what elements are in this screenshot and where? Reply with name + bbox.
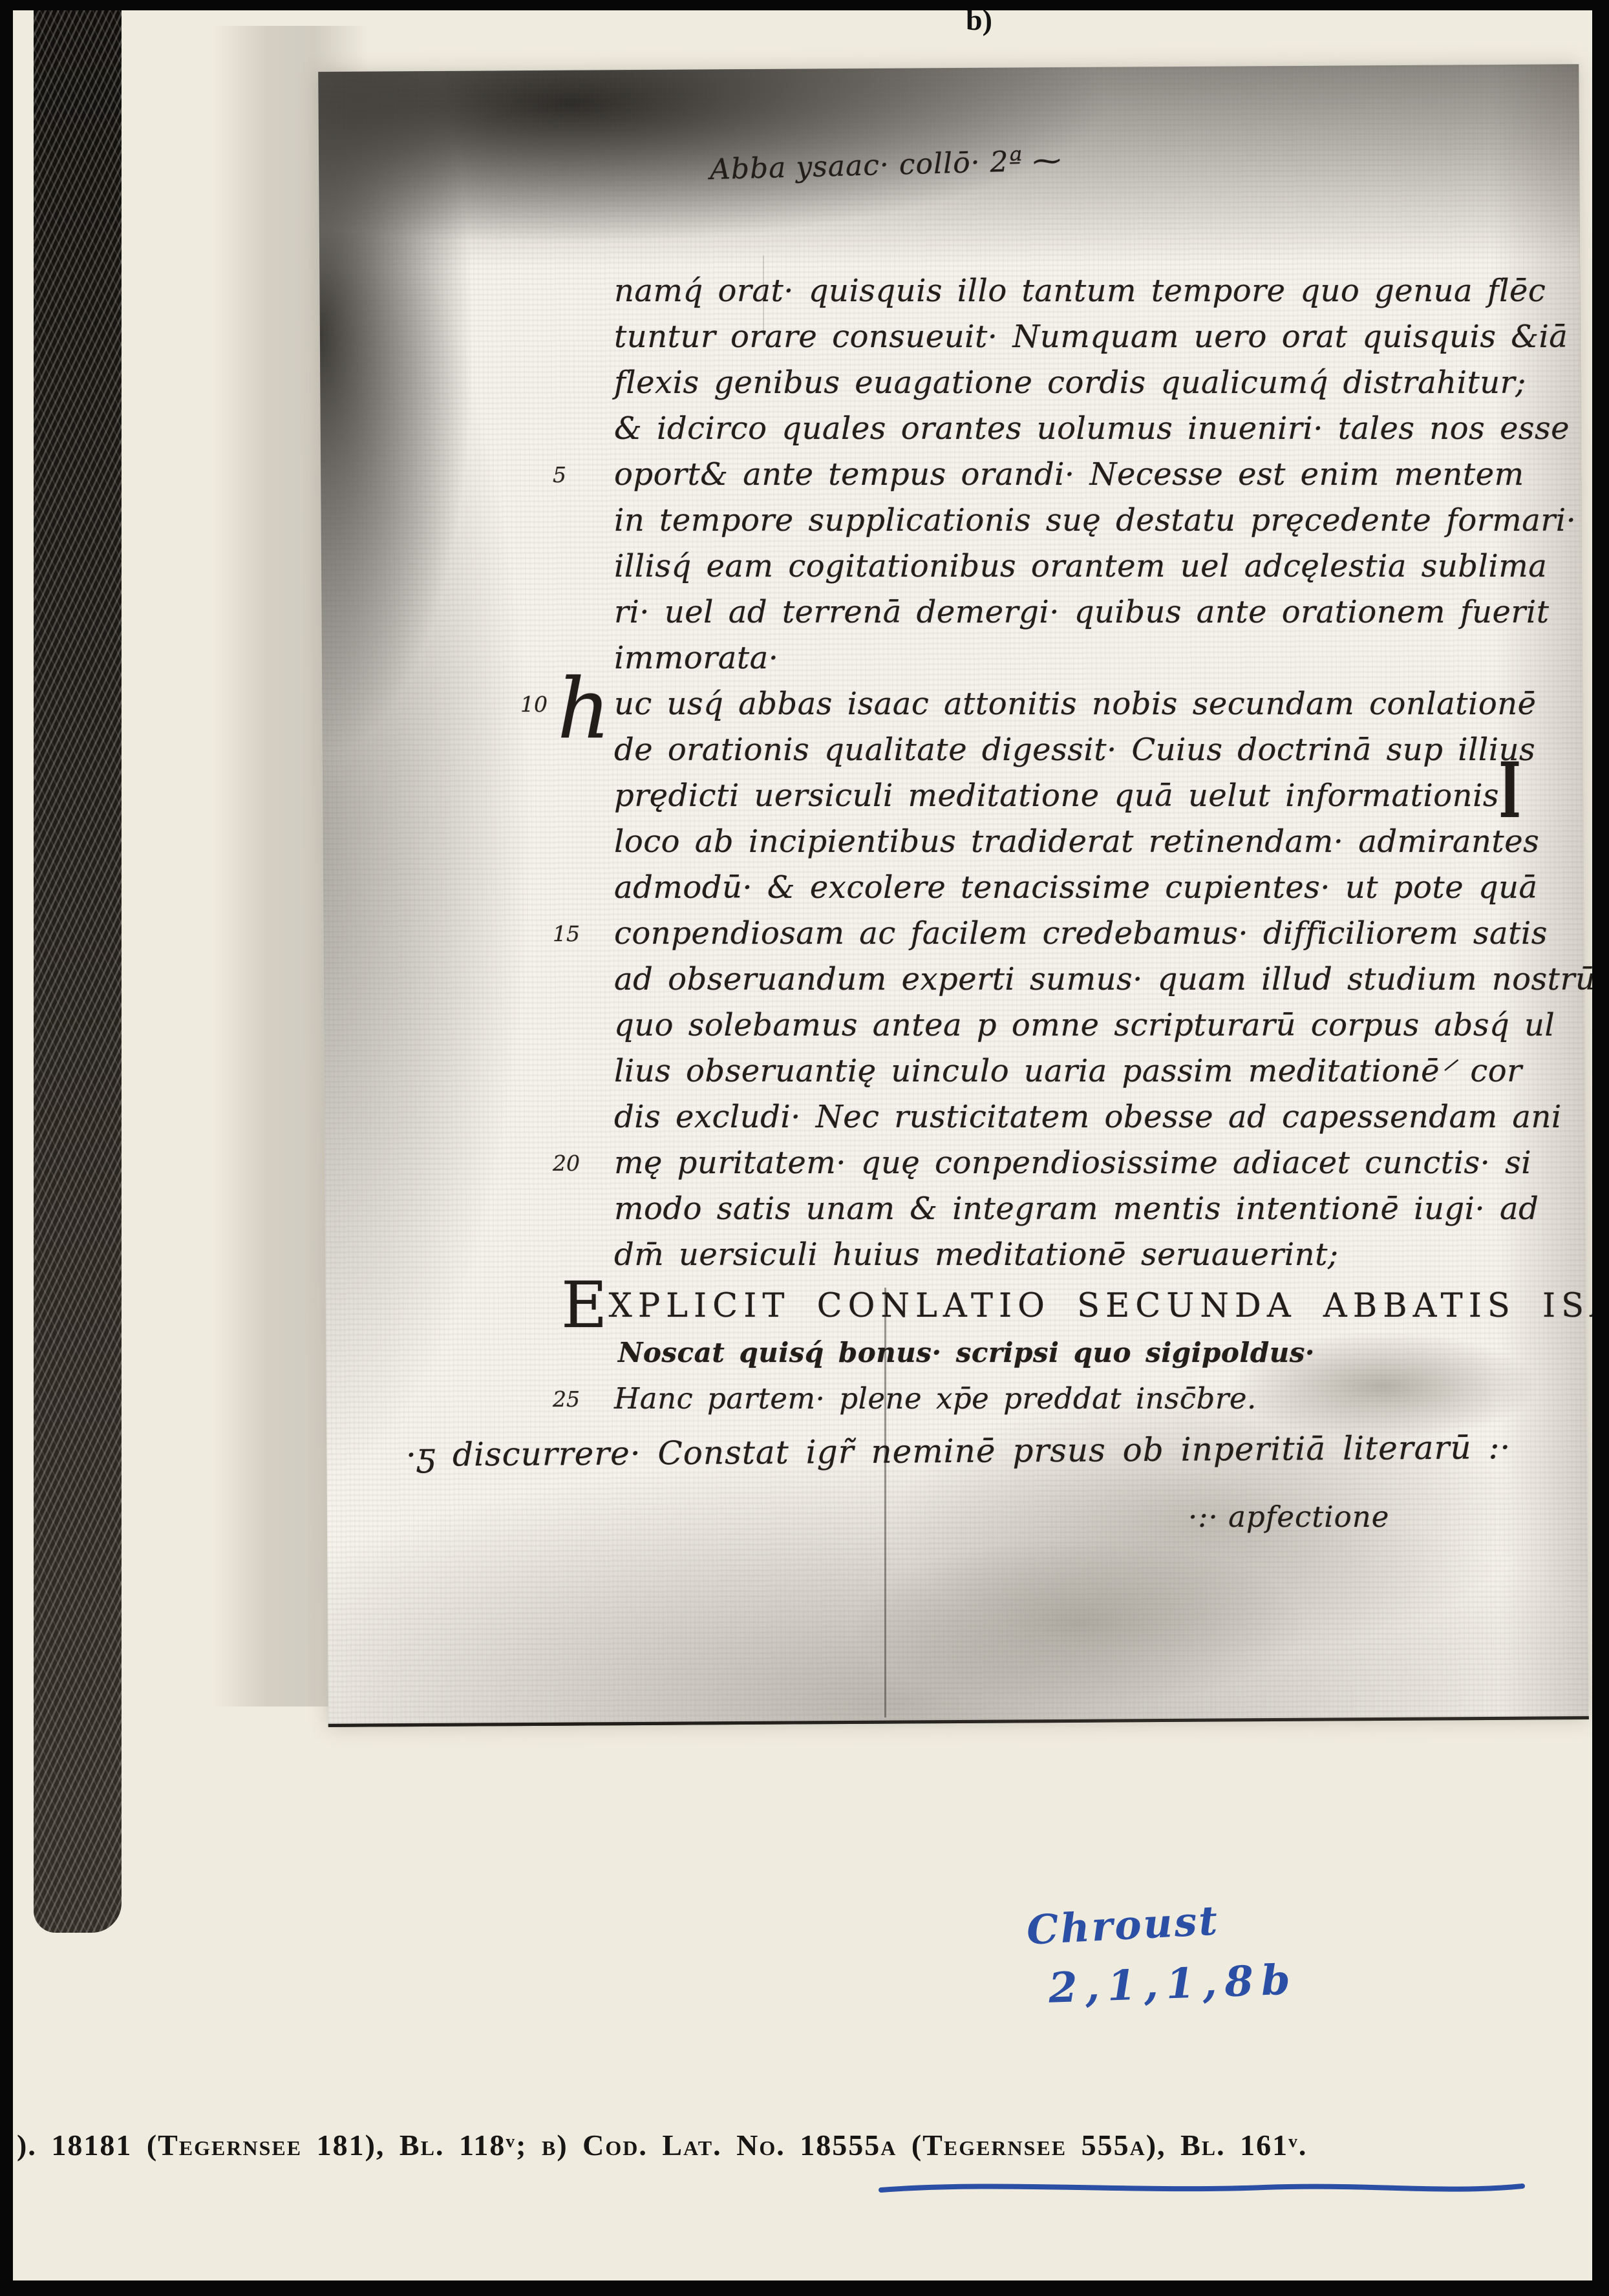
line-number: 15 (553, 911, 580, 957)
manuscript-line-text: oport& ante tempus orandi· Necesse est e… (614, 456, 1524, 493)
manuscript-line: flexis genibus euagatione cordis qualicu… (614, 360, 1519, 406)
manuscript-line-text: Noscat quisq́ bonus· scripsi quo sigipol… (618, 1337, 1315, 1368)
scan-border-left (0, 0, 13, 2296)
manuscript-line: 20mę puritatem· quę conpendiosissime adi… (614, 1140, 1519, 1186)
manuscript-line: ad obseruandum experti sumus· quam illud… (614, 957, 1519, 1003)
manuscript-line: 10huc usq́ abbas isaac attonitis nobis s… (614, 681, 1519, 727)
manuscript-line: admodū· & excolere tenacissime cupientes… (614, 865, 1519, 911)
manuscript-line: modo satis unam & integram mentis intent… (614, 1186, 1519, 1232)
scanned-plate-page: b) Abba ysaac· collō· 2ª ⁓ I namq́ orat·… (0, 0, 1609, 2296)
manuscript-line: illisq́ eam cogitationibus orantem uel a… (614, 544, 1519, 590)
manuscript-line: 25Hanc partem· plene xp̄e preddat insc̄b… (614, 1376, 1519, 1424)
manuscript-line: prędicti uersiculi meditatione quā uelut… (614, 773, 1519, 819)
book-spine-strip (34, 6, 122, 1933)
manuscript-line: 15conpendiosam ac facilem credebamus· di… (614, 911, 1519, 957)
manuscript-line-text: uc usq́ abbas isaac attonitis nobis secu… (614, 686, 1537, 722)
line-number: 20 (553, 1140, 580, 1186)
caption-blue-underline (876, 2171, 1529, 2203)
manuscript-line-text: XPLICIT CONLATIO SECUNDA ABBATIS ISAAC :… (609, 1287, 1609, 1325)
manuscript-line: loco ab incipientibus tradiderat retinen… (614, 819, 1519, 865)
manuscript-line-text: quo solebamus antea p omne scripturarū c… (614, 1007, 1555, 1043)
manuscript-line-text: Hanc partem· plene xp̄e preddat insc̄bre… (614, 1381, 1257, 1416)
manuscript-line-text: mę puritatem· quę conpendiosissime adiac… (614, 1145, 1531, 1181)
manuscript-line: dm̄ uersiculi huius meditationē seruauer… (614, 1232, 1519, 1278)
annotation-reference: 2,1,1,8b (1048, 1955, 1299, 2012)
manuscript-line-text: loco ab incipientibus tradiderat retinen… (614, 824, 1539, 860)
manuscript-line-text: in tempore supplicationis suę destatu pr… (614, 502, 1576, 538)
manuscript-line-text: namq́ orat· quisquis illo tantum tempore… (614, 273, 1546, 309)
manuscript-line: Noscat quisq́ bonus· scripsi quo sigipol… (618, 1334, 1519, 1376)
manuscript-line-text: conpendiosam ac facilem credebamus· diff… (614, 915, 1548, 951)
marginal-addition-line: ·ƽ discurrere· Constat igr̃ neminē prsus… (406, 1429, 1511, 1474)
stain-blotch (853, 1538, 1306, 1706)
manuscript-line-text: prędicti uersiculi meditatione quā uelut… (614, 778, 1499, 814)
scan-border-top (0, 0, 1609, 10)
manuscript-line: EXPLICIT CONLATIO SECUNDA ABBATIS ISAAC … (561, 1278, 1519, 1334)
plate-caption: ). 18181 (Tegernsee 181), Bl. 118ᵛ; b) C… (17, 2128, 1504, 2162)
manuscript-line: tuntur orare consueuit· Numquam uero ora… (614, 314, 1519, 360)
manuscript-line: ri· uel ad terrenā demergi· quibus ante … (614, 590, 1519, 635)
manuscript-line-text: dm̄ uersiculi huius meditationē seruauer… (614, 1237, 1339, 1273)
manuscript-line-text: ad obseruandum experti sumus· quam illud… (614, 961, 1595, 997)
manuscript-line: 5oport& ante tempus orandi· Necesse est … (614, 452, 1519, 498)
underline-stroke (881, 2186, 1522, 2190)
manuscript-line-text: de orationis qualitate digessit· Cuius d… (614, 732, 1535, 768)
manuscript-line-text: lius obseruantię uinculo uaria passim me… (614, 1053, 1522, 1089)
manuscript-line-text: flexis genibus euagatione cordis qualicu… (614, 365, 1526, 401)
line-number: 25 (553, 1376, 580, 1422)
manuscript-line: in tempore supplicationis suę destatu pr… (614, 498, 1519, 544)
scan-border-right (1592, 0, 1609, 2296)
decorated-initial: h (557, 677, 611, 742)
manuscript-line-text: tuntur orare consueuit· Numquam uero ora… (614, 319, 1568, 355)
manuscript-line-text: modo satis unam & integram mentis intent… (614, 1191, 1539, 1227)
manuscript-lines: I namq́ orat· quisquis illo tantum tempo… (614, 268, 1519, 1424)
manuscript-line-text: admodū· & excolere tenacissime cupientes… (614, 869, 1538, 906)
manuscript-line: de orationis qualitate digessit· Cuius d… (614, 727, 1519, 773)
manuscript-line: lius obseruantię uinculo uaria passim me… (614, 1048, 1519, 1094)
annotation-chroust: Chroust (1025, 1897, 1220, 1953)
decorated-initial: E (561, 1269, 609, 1343)
manuscript-line-text: illisq́ eam cogitationibus orantem uel a… (614, 548, 1547, 584)
manuscript-line-text: immorata· (614, 640, 779, 676)
scan-border-bottom (0, 2280, 1609, 2296)
manuscript-line-text: & idcirco quales orantes uolumus inuenir… (614, 410, 1570, 447)
manuscript-line-text: dis excludi· Nec rusticitatem obesse ad … (614, 1099, 1562, 1135)
manuscript-line: & idcirco quales orantes uolumus inuenir… (614, 406, 1519, 452)
margin-initial-I: I (1498, 758, 1520, 823)
line-number: 5 (553, 452, 566, 498)
manuscript-line: namq́ orat· quisquis illo tantum tempore… (614, 268, 1519, 314)
manuscript-line: immorata· (614, 635, 1519, 681)
manuscript-line: dis excludi· Nec rusticitatem obesse ad … (614, 1094, 1519, 1140)
line-number: 10 (520, 681, 548, 727)
marginal-catchword: ·:· apfectione (1188, 1500, 1389, 1534)
manuscript-line-text: ri· uel ad terrenā demergi· quibus ante … (614, 594, 1550, 630)
manuscript-line: quo solebamus antea p omne scripturarū c… (614, 1003, 1519, 1048)
